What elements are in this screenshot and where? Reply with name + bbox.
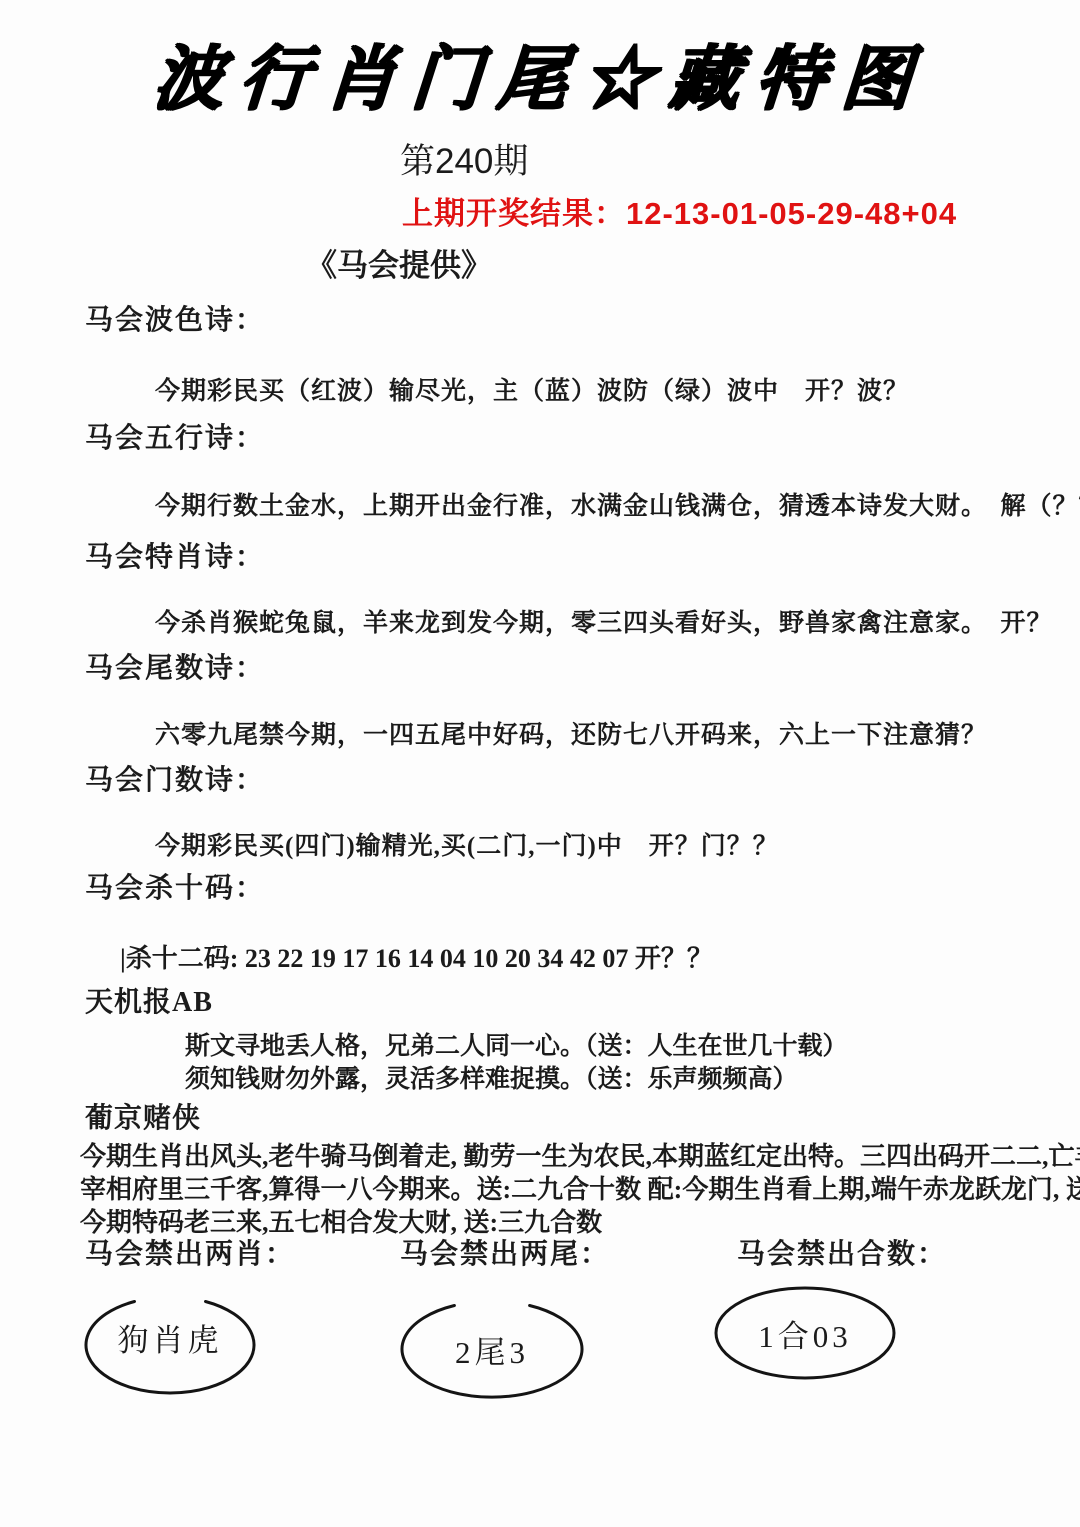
- ban-two-tails-oval: 2尾3: [396, 1297, 588, 1401]
- provider-title: 《马会提供》: [306, 240, 492, 285]
- section-heading-gate-number-poem: 马会门数诗：: [85, 758, 265, 798]
- wave-color-poem-line: 今期彩民买（红波）输尽光，主（蓝）波防（绿）波中 开？波？: [155, 371, 909, 407]
- last-draw-result: 上期开奖结果：12-13-01-05-29-48+04: [402, 188, 957, 233]
- last-draw-result-label: 上期开奖结果：: [402, 196, 626, 231]
- page-title: 波行肖门尾☆藏特图: [0, 22, 1080, 123]
- ban-sum-label: 马会禁出合数：: [737, 1232, 947, 1272]
- gate-number-poem-line: 今期彩民买(四门)输精光,买(二门,一门)中 开？门？？: [155, 826, 779, 862]
- lottery-tip-sheet-page: 波行肖门尾☆藏特图 第240期 上期开奖结果：12-13-01-05-29-48…: [0, 0, 1080, 1527]
- kill-twelve-codes-line: |杀十二码: 23 22 19 17 16 14 04 10 20 34 42 …: [120, 938, 713, 975]
- section-heading-pujing-gambler: 葡京赌侠: [85, 1096, 201, 1136]
- ban-two-zodiac-value: 狗肖虎: [118, 1315, 223, 1360]
- tail-number-poem-line: 六零九尾禁今期，一四五尾中好码，还防七八开码来，六上一下注意猜？: [155, 715, 987, 751]
- ban-sum-value: 1合03: [758, 1311, 852, 1356]
- last-draw-result-numbers: 12-13-01-05-29-48+04: [626, 196, 957, 231]
- section-heading-tianji-report: 天机报AB: [85, 980, 213, 1020]
- ban-two-zodiac-oval: 狗肖虎: [80, 1292, 260, 1396]
- section-heading-special-zodiac-poem: 马会特肖诗：: [85, 535, 265, 575]
- section-heading-tail-number-poem: 马会尾数诗：: [85, 646, 265, 686]
- special-zodiac-poem-line: 今杀肖猴蛇兔鼠，羊来龙到发今期，零三四头看好头，野兽家禽注意家。 开？: [155, 603, 1053, 639]
- issue-number: 第240期: [400, 134, 528, 184]
- ban-two-zodiac-label: 马会禁出两肖：: [85, 1232, 295, 1272]
- tianji-line-2: 须知钱财勿外露，灵活多样难捉摸。（送：乐声频频高）: [185, 1059, 798, 1095]
- section-heading-kill-ten-codes: 马会杀十码：: [85, 866, 265, 906]
- tianji-line-1: 斯文寻地丢人格，兄弟二人同一心。（送：人生在世几十载）: [185, 1026, 848, 1062]
- ban-sum-oval: 1合03: [712, 1284, 898, 1382]
- ban-two-tails-value: 2尾3: [455, 1327, 529, 1372]
- ban-two-tails-label: 马会禁出两尾：: [400, 1232, 610, 1272]
- section-heading-five-element-poem: 马会五行诗：: [85, 416, 265, 456]
- five-element-poem-line: 今期行数土金水，上期开出金行准，水满金山钱满仓，猜透本诗发大财。 解（？？）: [155, 486, 1080, 522]
- pujing-line-1: 今期生肖出风头,老牛骑马倒着走, 勤劳一生为农民,本期蓝红定出特。三四出码开二二…: [80, 1136, 1080, 1173]
- section-heading-wave-color-poem: 马会波色诗：: [85, 298, 265, 338]
- pujing-line-2: 宰相府里三千客,算得一八今期来。送:二九合十数 配:今期生肖看上期,端午赤龙跃龙…: [80, 1169, 1080, 1206]
